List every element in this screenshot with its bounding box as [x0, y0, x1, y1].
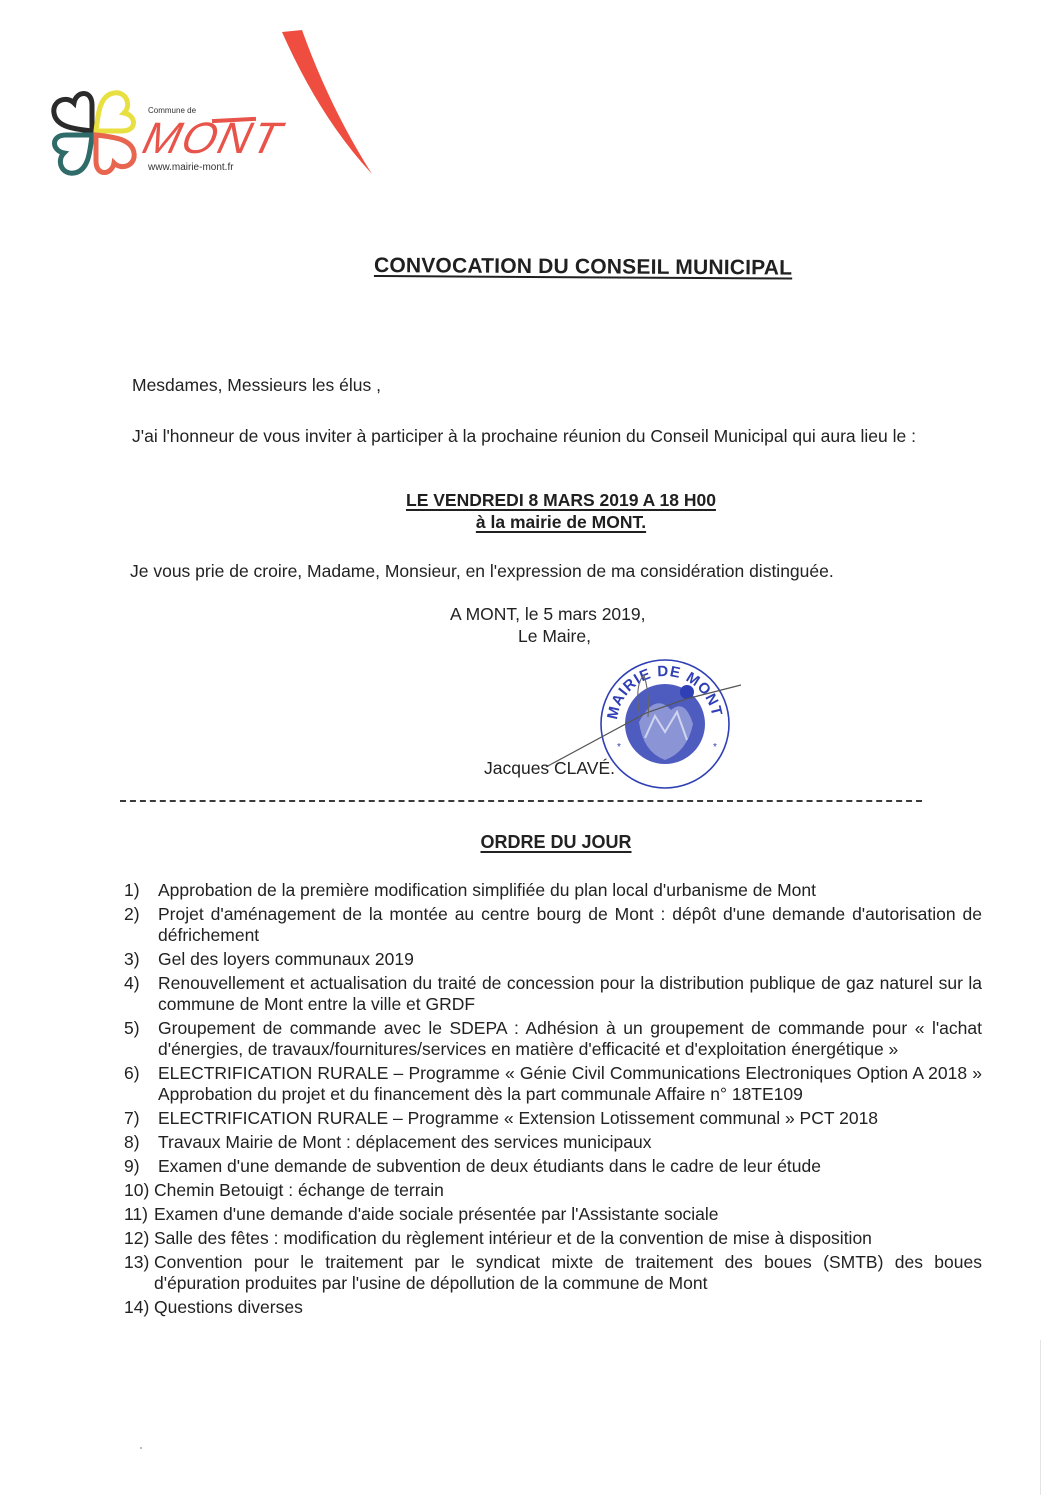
agenda-title-text: ORDRE DU JOUR [480, 832, 631, 852]
agenda-item-number: 7) [124, 1108, 140, 1129]
agenda-item-number: 5) [124, 1018, 140, 1039]
agenda-item-number: 11) [124, 1204, 148, 1225]
agenda-item: 4)Renouvellement et actualisation du tra… [124, 973, 982, 1015]
closing-formula: Je vous prie de croire, Madame, Monsieur… [130, 560, 834, 582]
meeting-place-text: à la mairie de MONT. [476, 512, 646, 532]
invitation-text: J'ai l'honneur de vous inviter à partici… [132, 425, 1002, 447]
meeting-date: LE VENDREDI 8 MARS 2019 A 18 H00 [0, 490, 1058, 511]
agenda-item-number: 3) [124, 949, 140, 970]
agenda-item-text: Questions diverses [154, 1297, 303, 1317]
scan-edge [1040, 1340, 1041, 1495]
document-title: CONVOCATION DU CONSEIL MUNICIPAL [374, 254, 792, 281]
agenda-item-number: 12) [124, 1228, 149, 1249]
agenda-item-text: Salle des fêtes : modification du règlem… [154, 1228, 872, 1248]
commune-logo: Commune de MONT www.mairie-mont.fr [44, 28, 384, 178]
agenda-item-number: 8) [124, 1132, 140, 1153]
agenda-item: 2)Projet d'aménagement de la montée au c… [124, 904, 982, 946]
agenda-item-number: 14) [124, 1297, 149, 1318]
agenda-item-text: Renouvellement et actualisation du trait… [158, 973, 982, 1014]
agenda-item-number: 4) [124, 973, 140, 994]
agenda-item: 10)Chemin Betouigt : échange de terrain [124, 1180, 982, 1201]
website-url: www.mairie-mont.fr [148, 162, 234, 173]
agenda-item-number: 9) [124, 1156, 140, 1177]
red-swoosh-icon [280, 28, 380, 178]
meeting-place: à la mairie de MONT. [0, 512, 1058, 533]
agenda-item-text: ELECTRIFICATION RURALE – Programme « Ext… [158, 1108, 878, 1128]
dashed-divider [120, 800, 922, 802]
signatory-title: Le Maire, [518, 625, 591, 647]
agenda-item-number: 13) [124, 1252, 149, 1273]
agenda-title: ORDRE DU JOUR [0, 832, 1058, 853]
agenda-item: 14)Questions diverses [124, 1297, 982, 1318]
agenda-item-text: Gel des loyers communaux 2019 [158, 949, 414, 969]
scan-speck [140, 1447, 142, 1449]
place-and-date: A MONT, le 5 mars 2019, [450, 603, 646, 625]
agenda-item-number: 1) [124, 880, 140, 901]
agenda-item-text: Travaux Mairie de Mont : déplacement des… [158, 1132, 651, 1152]
clover-hearts-icon [44, 83, 144, 183]
agenda-item-text: Projet d'aménagement de la montée au cen… [158, 904, 982, 945]
agenda-item-text: Examen d'une demande d'aide sociale prés… [154, 1204, 719, 1224]
agenda-item-text: Approbation de la première modification … [158, 880, 816, 900]
agenda-item-number: 2) [124, 904, 140, 925]
meeting-date-text: LE VENDREDI 8 MARS 2019 A 18 H00 [406, 490, 716, 510]
agenda-item: 8)Travaux Mairie de Mont : déplacement d… [124, 1132, 982, 1153]
agenda-item: 5)Groupement de commande avec le SDEPA :… [124, 1018, 982, 1060]
salutation: Mesdames, Messieurs les élus , [132, 374, 381, 396]
agenda-item: 13)Convention pour le traitement par le … [124, 1252, 982, 1294]
agenda-item-text: ELECTRIFICATION RURALE – Programme « Gén… [158, 1063, 982, 1104]
agenda-list: 1)Approbation de la première modificatio… [124, 880, 982, 1321]
agenda-item-text: Examen d'une demande de subvention de de… [158, 1156, 821, 1176]
agenda-item: 6)ELECTRIFICATION RURALE – Programme « G… [124, 1063, 982, 1105]
agenda-item-text: Groupement de commande avec le SDEPA : A… [158, 1018, 982, 1059]
agenda-item-number: 10) [124, 1180, 149, 1201]
agenda-item: 3)Gel des loyers communaux 2019 [124, 949, 982, 970]
agenda-item: 11)Examen d'une demande d'aide sociale p… [124, 1204, 982, 1225]
agenda-item-number: 6) [124, 1063, 140, 1084]
agenda-item-text: Chemin Betouigt : échange de terrain [154, 1180, 444, 1200]
agenda-item: 12)Salle des fêtes : modification du règ… [124, 1228, 982, 1249]
signatory-name: Jacques CLAVÉ. [484, 757, 615, 779]
agenda-item: 7)ELECTRIFICATION RURALE – Programme « E… [124, 1108, 982, 1129]
agenda-item: 1)Approbation de la première modificatio… [124, 880, 982, 901]
agenda-item: 9)Examen d'une demande de subvention de … [124, 1156, 982, 1177]
agenda-item-text: Convention pour le traitement par le syn… [154, 1252, 982, 1293]
